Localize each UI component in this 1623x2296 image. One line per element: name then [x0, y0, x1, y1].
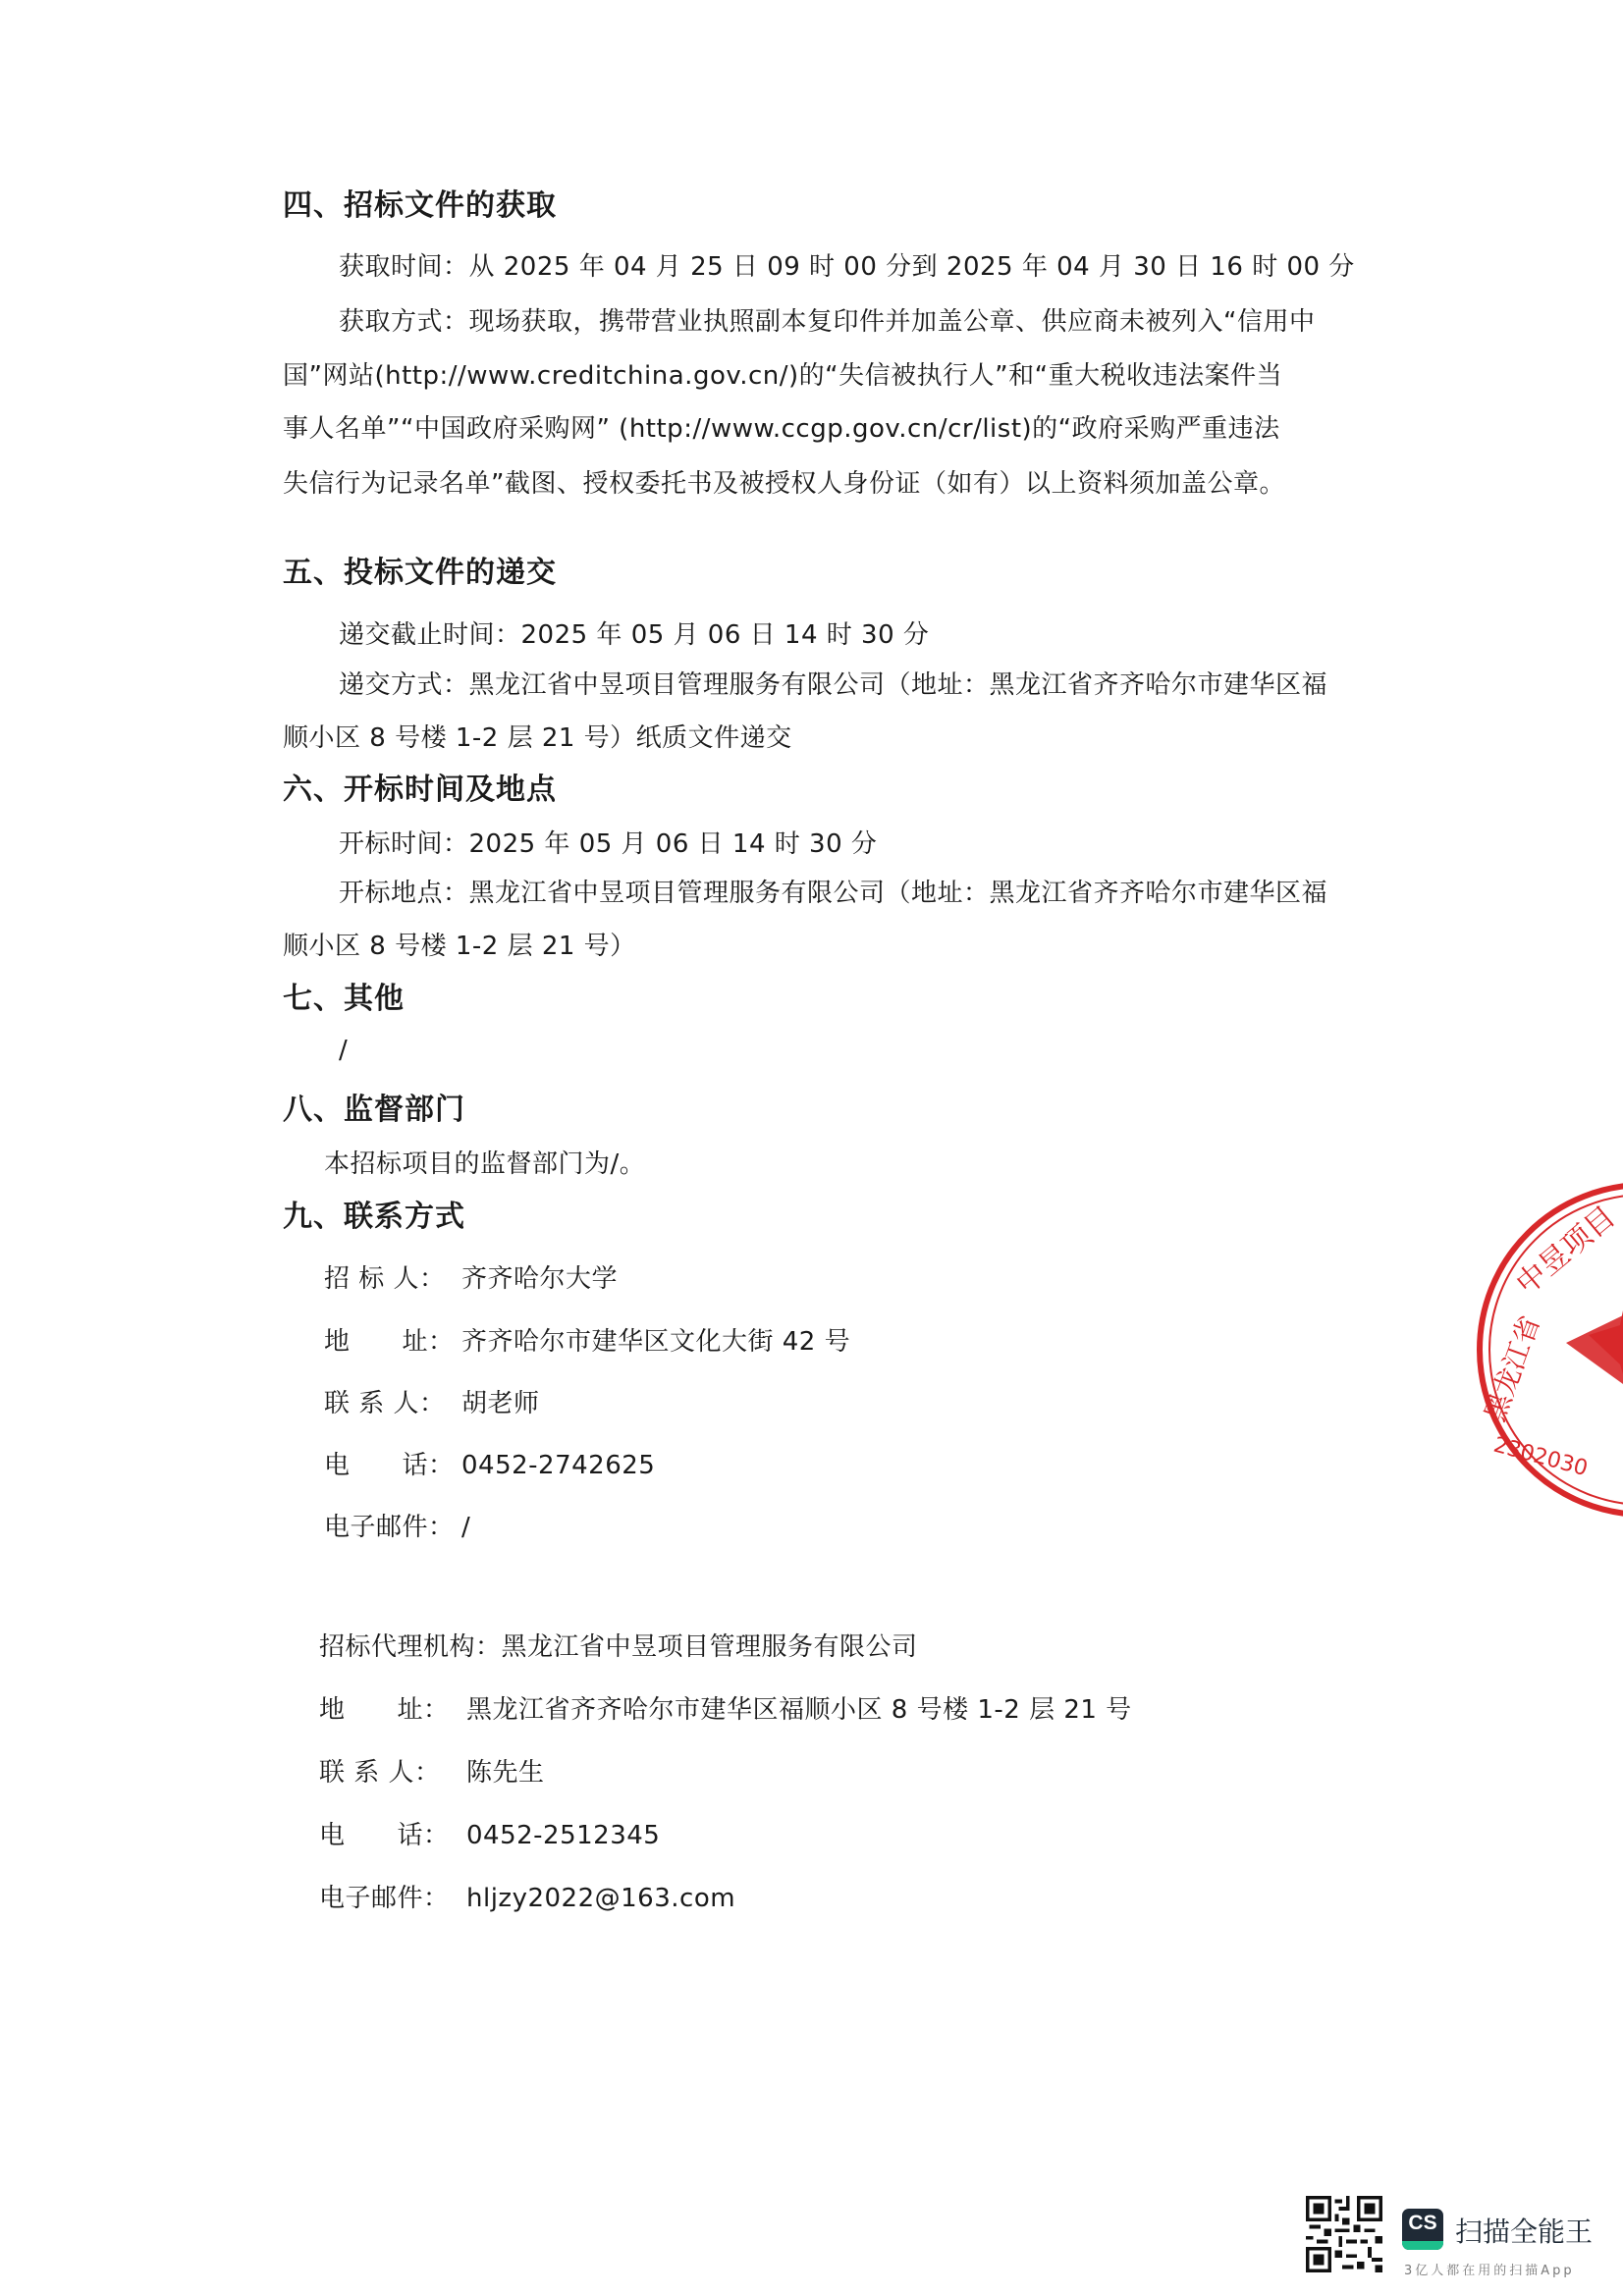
company-seal: 黑龙江省 中昱项目 2302030	[1473, 1178, 1623, 1522]
agency-address-row: 地 址：黑龙江省齐齐哈尔市建华区福顺小区 8 号楼 1-2 层 21 号	[319, 1697, 1132, 1723]
section-4-heading: 四、招标文件的获取	[283, 191, 557, 221]
tenderer-address-row: 地 址：齐齐哈尔市建华区文化大街 42 号	[324, 1329, 850, 1355]
field-value: 0452-2742625	[461, 1451, 655, 1480]
opening-place-line-2: 顺小区 8 号楼 1-2 层 21 号）	[283, 934, 636, 959]
watermark-subtitle: 3亿人都在用的扫描App	[1404, 2260, 1575, 2278]
tenderer-email-row: 电子邮件：/	[324, 1515, 470, 1540]
submission-method-line-1: 递交方式：黑龙江省中昱项目管理服务有限公司（地址：黑龙江省齐齐哈尔市建华区福	[339, 672, 1327, 698]
section-5-heading: 五、投标文件的递交	[283, 559, 557, 588]
section-6-heading: 六、开标时间及地点	[283, 775, 557, 805]
field-value: hljzy2022@163.com	[466, 1884, 735, 1913]
field-value: 齐齐哈尔市建华区文化大街 42 号	[461, 1327, 850, 1357]
field-label: 联 系 人：	[319, 1760, 466, 1786]
supervision-content: 本招标项目的监督部门为/。	[324, 1151, 645, 1177]
agency-name-row: 招标代理机构：黑龙江省中昱项目管理服务有限公司	[319, 1634, 918, 1660]
acquisition-method-line-3: 事人名单”“中国政府采购网” (http://www.ccgp.gov.cn/c…	[283, 416, 1280, 442]
field-label: 联 系 人：	[324, 1391, 461, 1416]
field-value: 齐齐哈尔大学	[461, 1264, 618, 1294]
agency-email-row: 电子邮件：hljzy2022@163.com	[319, 1886, 735, 1911]
field-label: 电子邮件：	[324, 1515, 461, 1540]
field-value: 陈先生	[466, 1758, 545, 1788]
svg-text:黑龙江省: 黑龙江省	[1479, 1311, 1546, 1426]
watermark-title: 扫描全能王	[1455, 2211, 1593, 2250]
agency-phone-row: 电 话：0452-2512345	[319, 1823, 660, 1848]
seal-icon: 黑龙江省 中昱项目 2302030	[1473, 1178, 1623, 1522]
field-label: 电 话：	[324, 1453, 461, 1478]
section-9-heading: 九、联系方式	[283, 1202, 465, 1232]
acquisition-method-line-4: 失信行为记录名单”截图、授权委托书及被授权人身份证（如有）以上资料须加盖公章。	[283, 471, 1285, 497]
field-value: 黑龙江省齐齐哈尔市建华区福顺小区 8 号楼 1-2 层 21 号	[466, 1695, 1132, 1725]
submission-method-line-2: 顺小区 8 号楼 1-2 层 21 号）纸质文件递交	[283, 725, 792, 751]
agency-contact-row: 联 系 人：陈先生	[319, 1760, 545, 1786]
opening-time: 开标时间：2025 年 05 月 06 日 14 时 30 分	[339, 831, 877, 857]
tenderer-name-row: 招 标 人：齐齐哈尔大学	[324, 1266, 618, 1292]
field-value: 胡老师	[461, 1389, 540, 1418]
acquisition-time: 获取时间：从 2025 年 04 月 25 日 09 时 00 分到 2025 …	[339, 254, 1355, 280]
field-label: 招 标 人：	[324, 1266, 461, 1292]
field-value: 0452-2512345	[466, 1821, 660, 1850]
tenderer-phone-row: 电 话：0452-2742625	[324, 1453, 655, 1478]
tenderer-contact-row: 联 系 人：胡老师	[324, 1391, 540, 1416]
acquisition-method-line-2: 国”网站(http://www.creditchina.gov.cn/)的“失信…	[283, 363, 1282, 389]
acquisition-method-line-1: 获取方式：现场获取，携带营业执照副本复印件并加盖公章、供应商未被列入“信用中	[339, 309, 1315, 335]
field-label: 电 话：	[319, 1823, 466, 1848]
submission-deadline: 递交截止时间：2025 年 05 月 06 日 14 时 30 分	[339, 622, 929, 648]
field-label: 地 址：	[324, 1329, 461, 1355]
field-value: 黑龙江省中昱项目管理服务有限公司	[502, 1632, 918, 1662]
field-label: 地 址：	[319, 1697, 466, 1723]
qr-code-icon	[1306, 2195, 1382, 2273]
field-value: /	[461, 1513, 470, 1542]
section-8-heading: 八、监督部门	[283, 1095, 465, 1125]
section-7-heading: 七、其他	[283, 985, 405, 1014]
camscanner-watermark: CS 扫描全能王 3亿人都在用的扫描App	[1306, 2195, 1610, 2293]
opening-place-line-1: 开标地点：黑龙江省中昱项目管理服务有限公司（地址：黑龙江省齐齐哈尔市建华区福	[339, 881, 1327, 906]
field-label: 电子邮件：	[319, 1886, 466, 1911]
camscanner-logo: CS	[1402, 2209, 1443, 2250]
other-content: /	[339, 1038, 348, 1063]
field-label: 招标代理机构：	[319, 1632, 502, 1662]
